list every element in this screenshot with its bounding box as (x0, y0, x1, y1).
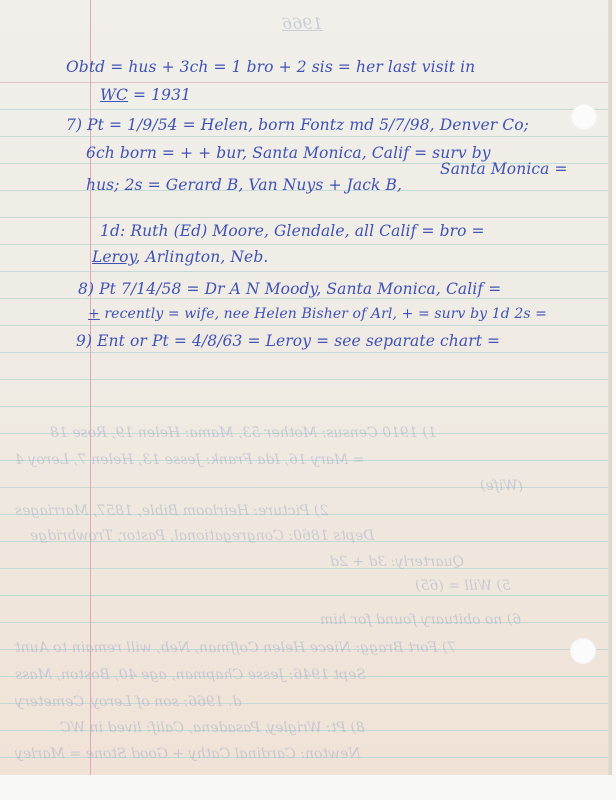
bleed-line: Quarterly: 3d + 2d (330, 554, 464, 570)
bleed-line: 6) no obituary found for him (320, 612, 521, 628)
ruled-line (0, 595, 612, 596)
bleed-year-heading: 1966 (282, 14, 323, 33)
underlined-plus: + (88, 306, 100, 322)
bleed-line: 7) Fort Bragg: Niece Helen Coffman, Neb,… (15, 640, 456, 656)
handwritten-insert-santa-monica: Santa Monica = (440, 160, 568, 178)
ruled-line (0, 109, 612, 110)
ruled-line (0, 217, 612, 218)
ruled-line (0, 271, 612, 272)
handwritten-line-8: 8) Pt 7/14/58 = Dr A N Moody, Santa Moni… (78, 280, 501, 298)
header-rule (0, 82, 612, 83)
handwritten-line-10: 9) Ent or Pt = 4/8/63 = Leroy = see sepa… (76, 332, 500, 350)
handwritten-line-4: 6ch born = + + bur, Santa Monica, Calif … (86, 144, 491, 162)
bleed-line: = Mary 16, Ida Frank: Jesse 13, Helen 7,… (15, 452, 365, 468)
bleed-line: Depts 1860: Congregational, Pastor, Trow… (30, 528, 374, 544)
notebook-page: 1966 1) 1910 Census: Mother 53, Mama: He… (0, 0, 612, 775)
ruled-line (0, 568, 612, 569)
handwritten-line-9: + recently = wife, nee Helen Bisher of A… (88, 306, 547, 322)
handwritten-line-5: hus; 2s = Gerard B, Van Nuys + Jack B, (86, 176, 402, 194)
underlined-wc: WC (100, 86, 128, 104)
punch-hole-top (571, 104, 597, 130)
bleed-line: 2) Picture: Heirloom Bible, 1857, Marria… (15, 503, 328, 519)
line-2-rest: = 1931 (128, 86, 191, 104)
punch-hole-bottom (570, 638, 596, 664)
handwritten-line-7: Leroy, Arlington, Neb. (92, 248, 268, 266)
bleed-line: Sept 1946: Jesse Chapman, age 40, Boston… (15, 667, 366, 683)
bleed-line: 8) Pt: Wrigley, Pasadena, Calif: lived i… (60, 720, 365, 736)
handwritten-line-2: WC = 1931 (100, 86, 191, 104)
line-9-rest: recently = wife, nee Helen Bisher of Arl… (100, 306, 547, 322)
handwritten-line-1: Obtd = hus + 3ch = 1 bro + 2 sis = her l… (66, 58, 475, 76)
bleed-line: Newton: Cardinal Cathy + Good Stone = Ma… (15, 746, 361, 762)
bleed-line: 5) Will = (65) (415, 578, 511, 594)
ruled-line (0, 379, 612, 380)
bleed-line: 1) 1910 Census: Mother 53, Mama: Helen 1… (50, 425, 437, 441)
underlined-leroy: Leroy (92, 248, 135, 266)
bleed-line: d. 1966: son of Leroy, Cemetery (15, 694, 242, 710)
handwritten-line-3: 7) Pt = 1/9/54 = Helen, born Fontz md 5/… (66, 116, 529, 134)
bleed-line: (Wife) (480, 478, 523, 494)
handwritten-line-6: 1d: Ruth (Ed) Moore, Glendale, all Calif… (100, 222, 485, 240)
ruled-line (0, 406, 612, 407)
ruled-line (0, 244, 612, 245)
ruled-line (0, 325, 612, 326)
ruled-line (0, 352, 612, 353)
line-7-rest: , Arlington, Neb. (135, 248, 268, 266)
ruled-line (0, 298, 612, 299)
ruled-line (0, 136, 612, 137)
